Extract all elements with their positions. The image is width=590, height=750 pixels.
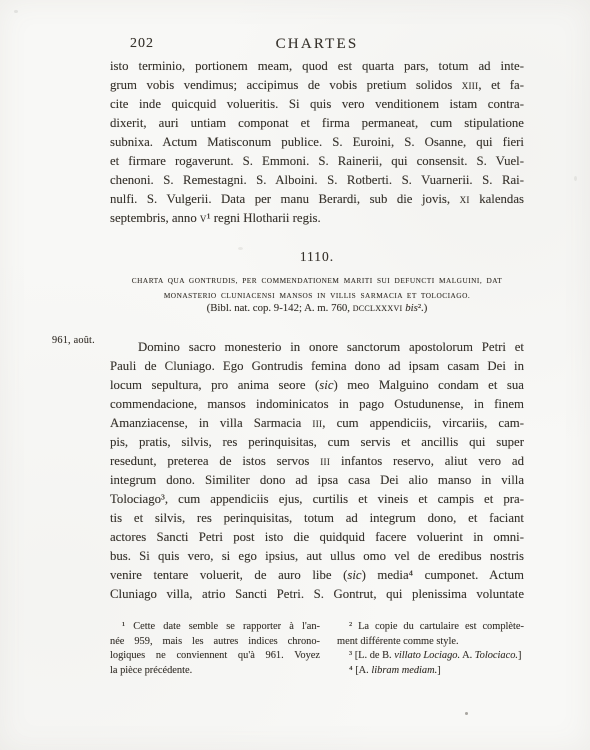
text-line: et firmare rogaverunt. S. Emmoni. S. Rai… xyxy=(110,152,524,171)
text-line: la pièce précédente. xyxy=(110,664,320,679)
text-line: venire tentare voluerit, de auro libe (s… xyxy=(110,566,524,585)
text-line: resedunt, preterea de istos servos iii i… xyxy=(110,452,524,471)
scan-speckle xyxy=(574,176,577,181)
text-line: isto terminio, portionem meam, quod est … xyxy=(110,57,524,76)
footnote-column-left: ¹ Cette date semble se rapporter à l'an-… xyxy=(110,620,320,678)
text-line: septembris, anno v¹ regni Hlotharii regi… xyxy=(110,209,524,228)
text-line: cite inde quicquid volueritis. Si quis v… xyxy=(110,95,524,114)
running-title: CHARTES xyxy=(110,36,524,53)
text-line: bus. Si quis vero, si ego ipsius, aut ul… xyxy=(110,547,524,566)
charter-rubric: CHARTA QUA GONTRUDIS, PER COMMENDATIONEM… xyxy=(100,273,534,303)
scan-speckle xyxy=(465,712,468,715)
text-line: CHARTA QUA GONTRUDIS, PER COMMENDATIONEM… xyxy=(100,273,534,288)
text-line: ³ [L. de B. villato Lociago. A. Tolociac… xyxy=(337,649,524,664)
text-line: MONASTERIO CLUNIACENSI MANSOS IN VILLIS … xyxy=(100,288,534,303)
text-line: locum sepultura, pro anima seore (sic) m… xyxy=(110,376,524,395)
text-line: pis, pratis, silvis, res perinquisitas, … xyxy=(110,433,524,452)
text-line: Domino sacro monesterio in onore sanctor… xyxy=(110,338,524,357)
text-line: nulfi. S. Vulgerii. Data per manu Berard… xyxy=(110,190,524,209)
text-line: ⁴ [A. libram mediam.] xyxy=(337,664,524,679)
scan-speckle xyxy=(238,247,243,250)
text-line: née 959, mais les autres indices chrono- xyxy=(110,635,320,650)
text-line: tis et silvis, res perinquisitas, totum … xyxy=(110,509,524,528)
scanned-book-page: 202 CHARTES isto terminio, portionem mea… xyxy=(0,0,590,750)
text-line: chenoni. S. Remestagni. S. Alboini. S. R… xyxy=(110,171,524,190)
text-line: ² La copie du cartulaire est complète- xyxy=(337,620,524,635)
margin-date-note: 961, août. xyxy=(52,335,108,346)
text-line: Pauli de Cluniago. Ego Gontrudis femina … xyxy=(110,357,524,376)
footnotes: ¹ Cette date semble se rapporter à l'an-… xyxy=(110,620,524,678)
footnote-column-right: ² La copie du cartulaire est complète-me… xyxy=(337,620,524,678)
text-line: logiques ne conviennent qu'à 961. Voyez xyxy=(110,649,320,664)
charter-number-heading: 1110. xyxy=(110,249,524,265)
charter-body-text: Domino sacro monesterio in onore sanctor… xyxy=(110,338,524,604)
text-line: dixerit, auri untiam componat et firma p… xyxy=(110,114,524,133)
text-line: Amanziacense, in villa Sarmacia iii, cum… xyxy=(110,414,524,433)
text-line: ¹ Cette date semble se rapporter à l'an- xyxy=(110,620,320,635)
text-line: grum vobis vendimus; accipimus de vobis … xyxy=(110,76,524,95)
text-line: Tolociago³, cum appendiciis ejus, curtil… xyxy=(110,490,524,509)
text-line: Cluniago villa, atrio Sancti Petri. S. G… xyxy=(110,585,524,604)
page-header: 202 CHARTES xyxy=(110,36,524,54)
charter-source-citation: (Bibl. nat. cop. 9-142; A. m. 760, dcclx… xyxy=(110,302,524,314)
text-line: actores Sancti Petri post isto die quidq… xyxy=(110,528,524,547)
previous-charter-text: isto terminio, portionem meam, quod est … xyxy=(110,57,524,228)
text-line: ment différente comme style. xyxy=(337,635,524,650)
text-line: integrum dono. Similiter dono ad ipsa ca… xyxy=(110,471,524,490)
text-line: subnixa. Actum Matisconum publice. S. Eu… xyxy=(110,133,524,152)
scan-speckle xyxy=(14,10,18,13)
text-line: commendacione, mansos indominicatos in p… xyxy=(110,395,524,414)
